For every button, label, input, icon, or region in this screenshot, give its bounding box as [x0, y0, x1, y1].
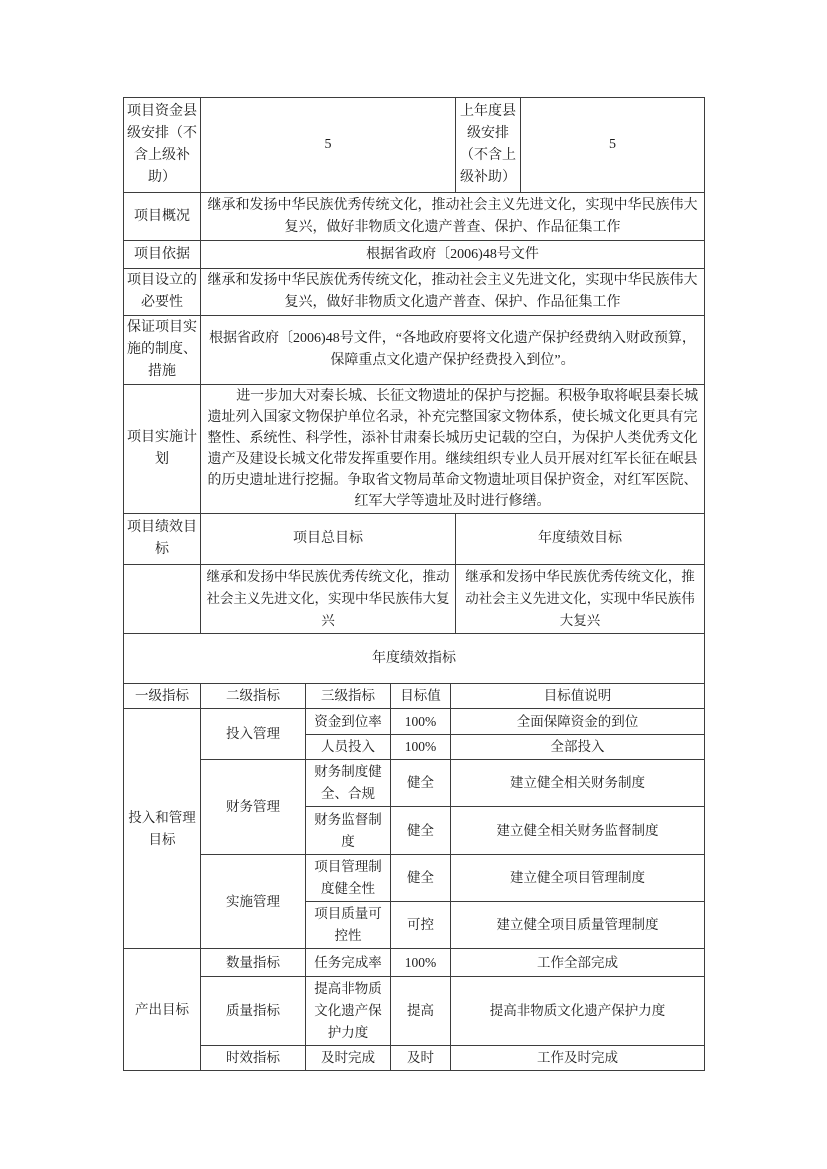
indicator-row: 财务管理 财务制度健全、合规 健全 建立健全相关财务制度: [124, 760, 705, 807]
desc-cell: 建立健全相关财务监督制度: [451, 807, 705, 855]
overall-goal-header: 项目总目标: [201, 514, 456, 565]
level2-cell: 财务管理: [201, 760, 306, 855]
level2-cell: 实施管理: [201, 855, 306, 949]
safeguard-row: 保证项目实施的制度、措施 根据省政府〔2006)48号文件，“各地政府要将文化遗…: [124, 316, 705, 385]
desc-cell: 全面保障资金的到位: [451, 709, 705, 735]
target-cell: 健全: [391, 760, 451, 807]
funding-previous-value: 5: [521, 98, 705, 193]
header-desc: 目标值说明: [451, 684, 705, 709]
level3-cell: 财务监督制度: [306, 807, 391, 855]
level1-cell: 投入和管理目标: [124, 709, 201, 949]
performance-text-row: 继承和发扬中华民族优秀传统文化，推动社会主义先进文化，实现中华民族伟大复兴 继承…: [124, 565, 705, 634]
overview-label: 项目概况: [124, 193, 201, 241]
annual-goal-header: 年度绩效目标: [456, 514, 705, 565]
basis-label: 项目依据: [124, 241, 201, 269]
level3-cell: 项目管理制度健全性: [306, 855, 391, 902]
indicator-row: 投入和管理目标 投入管理 资金到位率 100% 全面保障资金的到位: [124, 709, 705, 735]
target-cell: 100%: [391, 949, 451, 977]
necessity-label: 项目设立的必要性: [124, 269, 201, 316]
necessity-content: 继承和发扬中华民族优秀传统文化，推动社会主义先进文化，实现中华民族伟大复兴，做好…: [201, 269, 705, 316]
performance-empty-cell: [124, 565, 201, 634]
funding-row: 项目资金县级安排（不含上级补助） 5 上年度县级安排（不含上级补助） 5: [124, 98, 705, 193]
level3-cell: 及时完成: [306, 1046, 391, 1071]
target-cell: 100%: [391, 709, 451, 735]
desc-cell: 工作及时完成: [451, 1046, 705, 1071]
desc-cell: 工作全部完成: [451, 949, 705, 977]
desc-cell: 提高非物质文化遗产保护力度: [451, 977, 705, 1046]
necessity-row: 项目设立的必要性 继承和发扬中华民族优秀传统文化，推动社会主义先进文化，实现中华…: [124, 269, 705, 316]
document-sheet: 项目资金县级安排（不含上级补助） 5 上年度县级安排（不含上级补助） 5 项目概…: [123, 97, 704, 1071]
level2-cell: 投入管理: [201, 709, 306, 760]
overview-content: 继承和发扬中华民族优秀传统文化，推动社会主义先进文化，实现中华民族伟大复兴，做好…: [201, 193, 705, 241]
funding-current-value: 5: [201, 98, 456, 193]
level1-cell: 产出目标: [124, 949, 201, 1071]
target-cell: 健全: [391, 807, 451, 855]
indicators-section-title: 年度绩效指标: [124, 634, 705, 684]
desc-cell: 建立健全项目管理制度: [451, 855, 705, 902]
desc-cell: 建立健全相关财务制度: [451, 760, 705, 807]
plan-label: 项目实施计划: [124, 385, 201, 514]
indicator-row: 实施管理 项目管理制度健全性 健全 建立健全项目管理制度: [124, 855, 705, 902]
overview-row: 项目概况 继承和发扬中华民族优秀传统文化，推动社会主义先进文化，实现中华民族伟大…: [124, 193, 705, 241]
funding-current-label: 项目资金县级安排（不含上级补助）: [124, 98, 201, 193]
target-cell: 100%: [391, 735, 451, 760]
indicator-row: 产出目标 数量指标 任务完成率 100% 工作全部完成: [124, 949, 705, 977]
plan-content: 进一步加大对秦长城、长征文物遗址的保护与挖掘。积极争取将岷县秦长城遗址列入国家文…: [201, 385, 705, 514]
level3-cell: 任务完成率: [306, 949, 391, 977]
indicators-table: 一级指标 二级指标 三级指标 目标值 目标值说明 投入和管理目标 投入管理 资金…: [123, 683, 705, 1071]
level3-cell: 人员投入: [306, 735, 391, 760]
header-target: 目标值: [391, 684, 451, 709]
project-info-table: 项目资金县级安排（不含上级补助） 5 上年度县级安排（不含上级补助） 5 项目概…: [123, 97, 705, 684]
header-level1: 一级指标: [124, 684, 201, 709]
header-level3: 三级指标: [306, 684, 391, 709]
header-level2: 二级指标: [201, 684, 306, 709]
indicator-row: 时效指标 及时完成 及时 工作及时完成: [124, 1046, 705, 1071]
level3-cell: 财务制度健全、合规: [306, 760, 391, 807]
funding-previous-label: 上年度县级安排（不含上级补助）: [456, 98, 521, 193]
target-cell: 健全: [391, 855, 451, 902]
safeguard-content: 根据省政府〔2006)48号文件，“各地政府要将文化遗产保护经费纳入财政预算，保…: [201, 316, 705, 385]
safeguard-label: 保证项目实施的制度、措施: [124, 316, 201, 385]
target-cell: 提高: [391, 977, 451, 1046]
level3-cell: 资金到位率: [306, 709, 391, 735]
performance-header-row: 项目绩效目标 项目总目标 年度绩效目标: [124, 514, 705, 565]
overall-goal-text: 继承和发扬中华民族优秀传统文化，推动社会主义先进文化，实现中华民族伟大复兴: [201, 565, 456, 634]
indicators-header-row: 一级指标 二级指标 三级指标 目标值 目标值说明: [124, 684, 705, 709]
basis-content: 根据省政府〔2006)48号文件: [201, 241, 705, 269]
annual-goal-text: 继承和发扬中华民族优秀传统文化，推动社会主义先进文化，实现中华民族伟大复兴: [456, 565, 705, 634]
desc-cell: 建立健全项目质量管理制度: [451, 902, 705, 949]
target-cell: 及时: [391, 1046, 451, 1071]
level3-cell: 提高非物质文化遗产保护力度: [306, 977, 391, 1046]
target-cell: 可控: [391, 902, 451, 949]
level2-cell: 时效指标: [201, 1046, 306, 1071]
performance-label: 项目绩效目标: [124, 514, 201, 565]
indicator-row: 质量指标 提高非物质文化遗产保护力度 提高 提高非物质文化遗产保护力度: [124, 977, 705, 1046]
level3-cell: 项目质量可控性: [306, 902, 391, 949]
level2-cell: 质量指标: [201, 977, 306, 1046]
indicators-title-row: 年度绩效指标: [124, 634, 705, 684]
level2-cell: 数量指标: [201, 949, 306, 977]
plan-row: 项目实施计划 进一步加大对秦长城、长征文物遗址的保护与挖掘。积极争取将岷县秦长城…: [124, 385, 705, 514]
desc-cell: 全部投入: [451, 735, 705, 760]
basis-row: 项目依据 根据省政府〔2006)48号文件: [124, 241, 705, 269]
